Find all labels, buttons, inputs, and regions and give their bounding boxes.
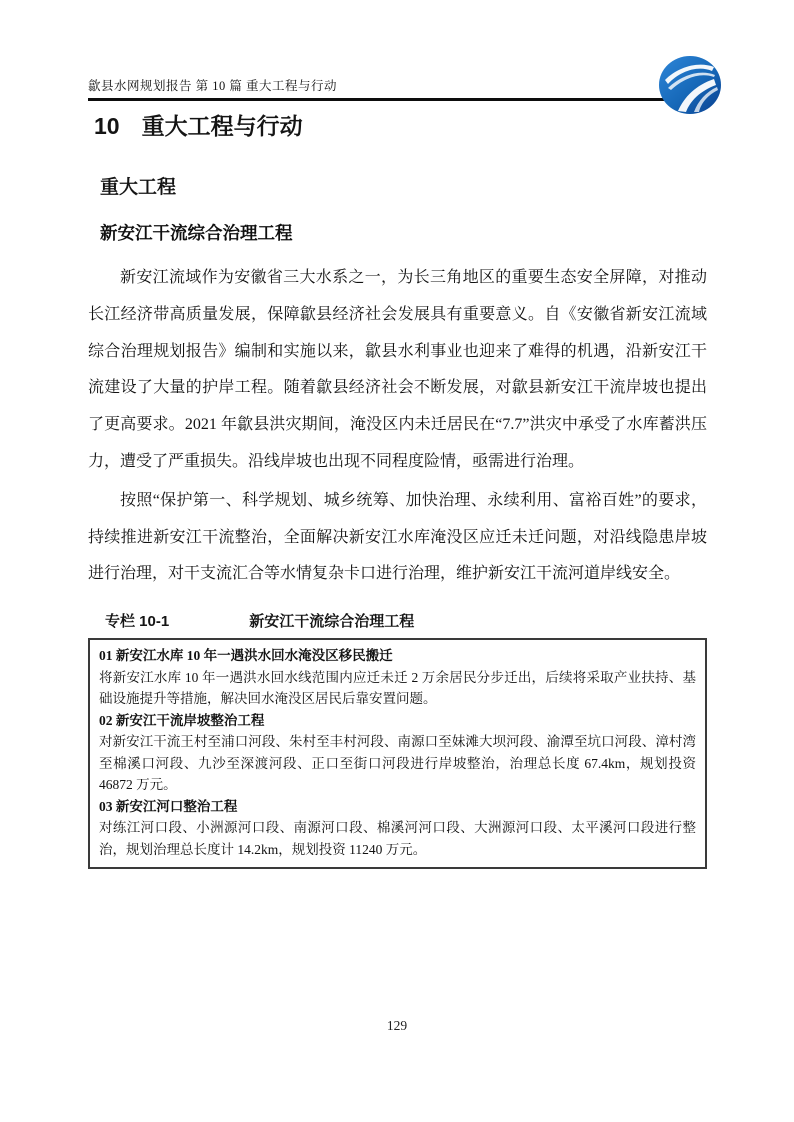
callout-item-1-heading: 01 新安江水库 10 年一遇洪水回水淹没区移民搬迁 <box>99 645 696 667</box>
body-paragraph-1: 新安江流域作为安徽省三大水系之一，为长三角地区的重要生态安全屏障，对推动长江经济… <box>88 260 707 481</box>
document-page: 歙县水网规划报告 第 10 篇 重大工程与行动 10 重大工程与行动 重大工 <box>0 0 794 1122</box>
page-content: 10 重大工程与行动 重大工程 新安江干流综合治理工程 新安江流域作为安徽省三大… <box>88 0 707 869</box>
page-number: 129 <box>0 1018 794 1034</box>
body-paragraph-2: 按照“保护第一、科学规划、城乡统筹、加快治理、永续利用、富裕百姓”的要求，持续推… <box>88 483 707 593</box>
callout-item-2-heading: 02 新安江干流岸坡整治工程 <box>99 710 696 732</box>
callout-item-1-body: 将新安江水库 10 年一遇洪水回水线范围内应迁未迁 2 万余居民分步迁出，后续将… <box>99 667 696 710</box>
callout-item-3-body: 对练江河口段、小洲源河口段、南源河口段、棉溪河河口段、大洲源河口段、太平溪河口段… <box>99 817 696 860</box>
callout-item-3-heading: 03 新安江河口整治工程 <box>99 796 696 818</box>
sub-heading: 新安江干流综合治理工程 <box>88 220 707 245</box>
chapter-number: 10 <box>94 113 120 140</box>
callout-item-1: 01 新安江水库 10 年一遇洪水回水淹没区移民搬迁 将新安江水库 10 年一遇… <box>99 645 696 710</box>
callout-caption: 专栏 10-1 新安江干流综合治理工程 <box>88 610 707 631</box>
callout-item-2: 02 新安江干流岸坡整治工程 对新安江干流王村至浦口河段、朱村至丰村河段、南源口… <box>99 710 696 796</box>
callout-box: 01 新安江水库 10 年一遇洪水回水淹没区移民搬迁 将新安江水库 10 年一遇… <box>88 638 707 869</box>
callout-item-2-body: 对新安江干流王村至浦口河段、朱村至丰村河段、南源口至妹滩大坝河段、渝潭至坑口河段… <box>99 731 696 796</box>
chapter-title: 10 重大工程与行动 <box>88 108 707 141</box>
chapter-title-text: 重大工程与行动 <box>142 108 303 141</box>
callout-label: 专栏 10-1 <box>105 610 169 631</box>
callout-item-3: 03 新安江河口整治工程 对练江河口段、小洲源河口段、南源河口段、棉溪河河口段、… <box>99 796 696 861</box>
callout-title: 新安江干流综合治理工程 <box>249 610 414 631</box>
section-heading: 重大工程 <box>88 172 707 199</box>
